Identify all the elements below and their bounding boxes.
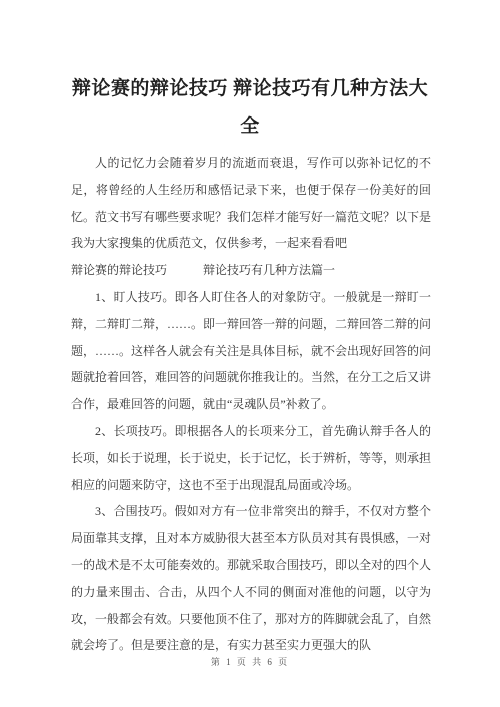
page-number-footer: 第 1 页 共 6 页 [0, 655, 500, 668]
paragraph-intro: 人的记忆力会随着岁月的流逝而衰退，写作可以弥补记忆的不足，将曾经的人生经历和感悟… [71, 150, 431, 257]
document-title: 辩论赛的辩论技巧 辩论技巧有几种方法大全 [69, 70, 431, 146]
paragraph-section-heading: 辩论赛的辩论技巧 辩论技巧有几种方法篇一 [71, 257, 431, 284]
paragraph-tip-2: 2、长项技巧。即根据各人的长项来分工，首先确认辩手各人的长项，如长于说理，长于说… [71, 418, 431, 498]
paragraph-tip-3: 3、合围技巧。假如对方有一位非常突出的辩手，不仅对方整个局面靠其支撑，且对本方威… [71, 498, 431, 659]
paragraph-tip-1: 1、盯人技巧。即各人盯住各人的对象防守。一般就是一辩盯一辩，二辩盯二辩，……。即… [71, 284, 431, 418]
document-page: 辩论赛的辩论技巧 辩论技巧有几种方法大全 人的记忆力会随着岁月的流逝而衰退，写作… [0, 0, 500, 707]
document-body: 人的记忆力会随着岁月的流逝而衰退，写作可以弥补记忆的不足，将曾经的人生经历和感悟… [71, 150, 431, 659]
